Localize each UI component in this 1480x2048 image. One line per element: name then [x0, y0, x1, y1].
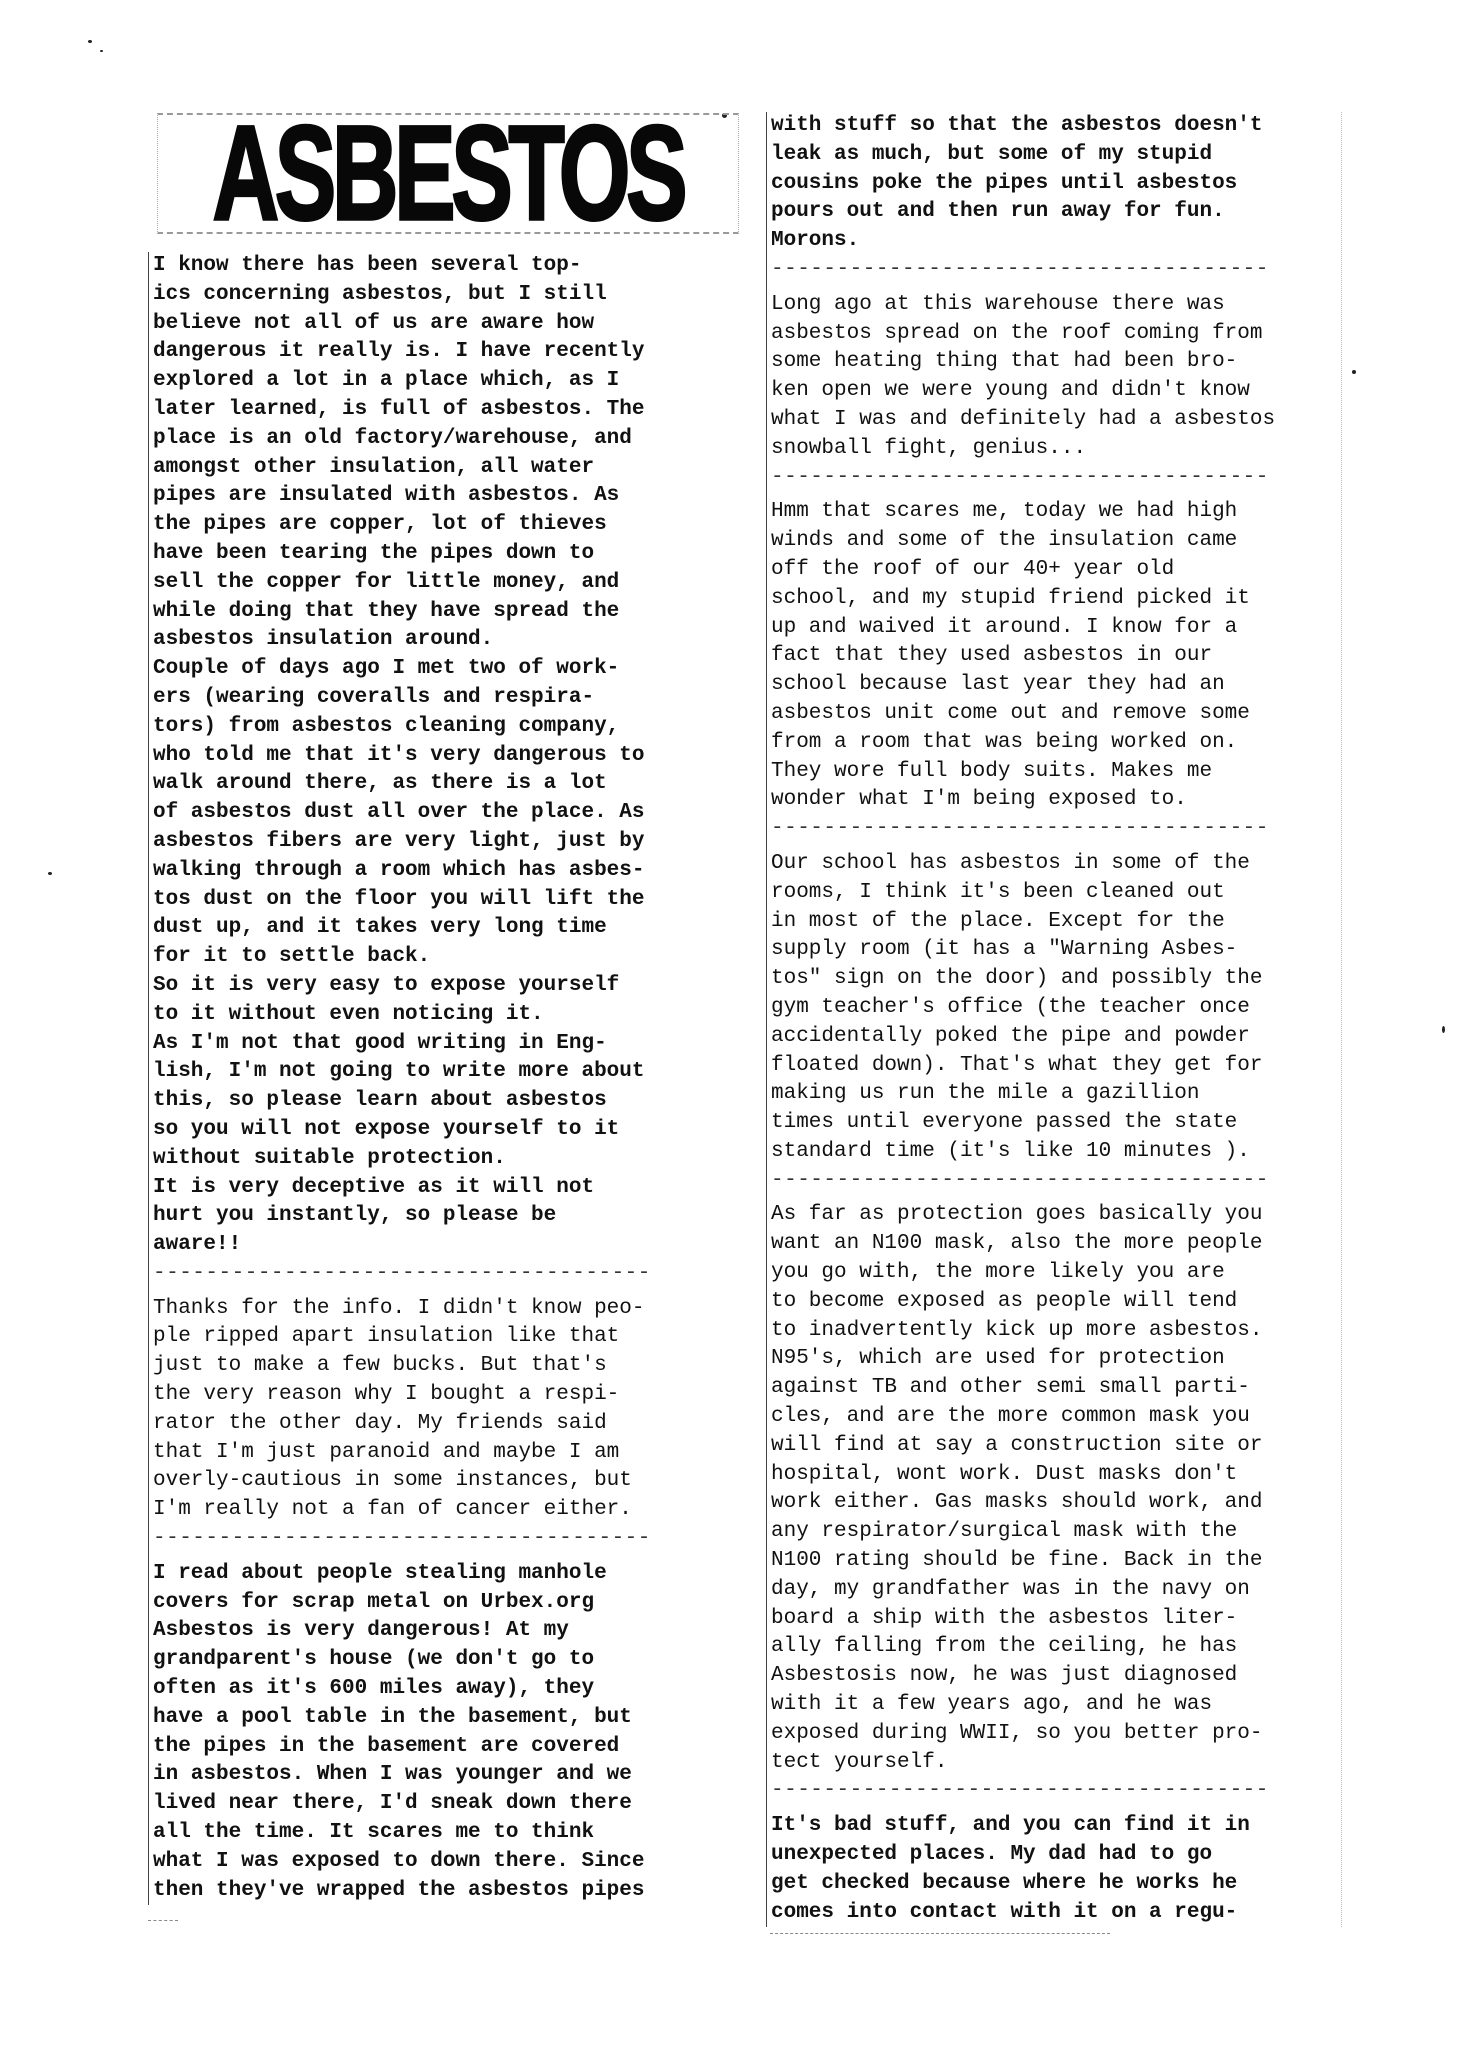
right-column: with stuff so that the asbestos doesn'tl…: [766, 112, 1342, 1927]
post-line: with it a few years ago, and he was: [771, 1691, 1341, 1720]
post-separator: --------------------------------------: [771, 1167, 1341, 1196]
post-line: from a room that was being worked on.: [771, 729, 1341, 758]
post-line: sell the copper for little money, and: [153, 569, 738, 598]
post-line: tors) from asbestos cleaning company,: [153, 713, 738, 742]
post-line: So it is very easy to expose yourself: [153, 972, 738, 1001]
post-line: the very reason why I bought a respi-: [153, 1381, 738, 1410]
post-line: They wore full body suits. Makes me: [771, 758, 1341, 787]
post-line: in most of the place. Except for the: [771, 908, 1341, 937]
post-line: Thanks for the info. I didn't know peo-: [153, 1295, 738, 1324]
post-line: N100 rating should be fine. Back in the: [771, 1547, 1341, 1576]
post-line: ple ripped apart insulation like that: [153, 1323, 738, 1352]
post-line: standard time (it's like 10 minutes ).: [771, 1138, 1341, 1167]
post-line: asbestos insulation around.: [153, 626, 738, 655]
post-line: supply room (it has a "Warning Asbes-: [771, 936, 1341, 965]
post-line: often as it's 600 miles away), they: [153, 1675, 738, 1704]
post-line: get checked because where he works he: [771, 1870, 1341, 1899]
post-line: without suitable protection.: [153, 1145, 738, 1174]
footer-rule-left: [148, 1920, 178, 1921]
post-line: I'm really not a fan of cancer either.: [153, 1496, 738, 1525]
post-line: floated down). That's what they get for: [771, 1052, 1341, 1081]
post-line: board a ship with the asbestos liter-: [771, 1605, 1341, 1634]
post-line: Long ago at this warehouse there was: [771, 291, 1341, 320]
title-box: ASBESTOS: [157, 113, 739, 234]
post-line: cles, and are the more common mask you: [771, 1403, 1341, 1432]
footer-rule-right: [770, 1933, 1110, 1934]
post-line: covers for scrap metal on Urbex.org: [153, 1589, 738, 1618]
post-line: comes into contact with it on a regu-: [771, 1899, 1341, 1928]
scan-speck: [48, 872, 52, 875]
post-line: to inadvertently kick up more asbestos.: [771, 1317, 1341, 1346]
post-line: tect yourself.: [771, 1749, 1341, 1778]
post-separator: --------------------------------------: [771, 815, 1341, 844]
post-line: accidentally poked the pipe and powder: [771, 1023, 1341, 1052]
forum-post: It's bad stuff, and you can find it inun…: [771, 1812, 1341, 1927]
post-line: up and waived it around. I know for a: [771, 614, 1341, 643]
post-line: ics concerning asbestos, but I still: [153, 281, 738, 310]
post-line: pours out and then run away for fun.: [771, 198, 1341, 227]
post-line: rator the other day. My friends said: [153, 1410, 738, 1439]
post-line: wonder what I'm being exposed to.: [771, 786, 1341, 815]
post-line: then they've wrapped the asbestos pipes: [153, 1877, 738, 1906]
post-line: ken open we were young and didn't know: [771, 377, 1341, 406]
post-line: pipes are insulated with asbestos. As: [153, 482, 738, 511]
post-line: rooms, I think it's been cleaned out: [771, 879, 1341, 908]
post-line: Asbestos is very dangerous! At my: [153, 1617, 738, 1646]
post-line: asbestos fibers are very light, just by: [153, 828, 738, 857]
post-line: tos" sign on the door) and possibly the: [771, 965, 1341, 994]
post-line: with stuff so that the asbestos doesn't: [771, 112, 1341, 141]
post-line: hurt you instantly, so please be: [153, 1202, 738, 1231]
post-line: day, my grandfather was in the navy on: [771, 1576, 1341, 1605]
post-line: walk around there, as there is a lot: [153, 770, 738, 799]
post-line: for it to settle back.: [153, 943, 738, 972]
post-line: dangerous it really is. I have recently: [153, 338, 738, 367]
post-line: cousins poke the pipes until asbestos: [771, 170, 1341, 199]
scan-speck: [88, 40, 92, 43]
left-column: I know there has been several top-ics co…: [148, 252, 738, 1905]
post-line: ally falling from the ceiling, he has: [771, 1633, 1341, 1662]
post-line: any respirator/surgical mask with the: [771, 1518, 1341, 1547]
post-line: of asbestos dust all over the place. As: [153, 799, 738, 828]
post-line: asbestos spread on the roof coming from: [771, 320, 1341, 349]
post-line: all the time. It scares me to think: [153, 1819, 738, 1848]
post-line: will find at say a construction site or: [771, 1432, 1341, 1461]
post-line: some heating thing that had been bro-: [771, 348, 1341, 377]
post-line: fact that they used asbestos in our: [771, 642, 1341, 671]
post-line: to become exposed as people will tend: [771, 1288, 1341, 1317]
forum-post: Long ago at this warehouse there wasasbe…: [771, 291, 1341, 464]
post-separator: --------------------------------------: [771, 1777, 1341, 1806]
post-line: aware!!: [153, 1231, 738, 1260]
post-line: in asbestos. When I was younger and we: [153, 1761, 738, 1790]
forum-post: with stuff so that the asbestos doesn'tl…: [771, 112, 1341, 256]
post-line: dust up, and it takes very long time: [153, 914, 738, 943]
post-line: the pipes are copper, lot of thieves: [153, 511, 738, 540]
post-separator: --------------------------------------: [771, 256, 1341, 285]
post-line: school because last year they had an: [771, 671, 1341, 700]
post-line: school, and my stupid friend picked it: [771, 585, 1341, 614]
post-line: that I'm just paranoid and maybe I am: [153, 1439, 738, 1468]
post-line: It is very deceptive as it will not: [153, 1174, 738, 1203]
post-line: what I was exposed to down there. Since: [153, 1848, 738, 1877]
forum-post: Thanks for the info. I didn't know peo-p…: [153, 1295, 738, 1525]
post-line: have a pool table in the basement, but: [153, 1704, 738, 1733]
post-line: making us run the mile a gazillion: [771, 1080, 1341, 1109]
post-line: Hmm that scares me, today we had high: [771, 498, 1341, 527]
post-line: winds and some of the insulation came: [771, 527, 1341, 556]
post-line: later learned, is full of asbestos. The: [153, 396, 738, 425]
post-line: just to make a few bucks. But that's: [153, 1352, 738, 1381]
forum-post: As far as protection goes basically youw…: [771, 1201, 1341, 1777]
post-line: grandparent's house (we don't go to: [153, 1646, 738, 1675]
post-line: to it without even noticing it.: [153, 1001, 738, 1030]
forum-post: Our school has asbestos in some of thero…: [771, 850, 1341, 1167]
post-separator: --------------------------------------: [153, 1260, 738, 1289]
post-line: want an N100 mask, also the more people: [771, 1230, 1341, 1259]
post-line: unexpected places. My dad had to go: [771, 1841, 1341, 1870]
post-line: you go with, the more likely you are: [771, 1259, 1341, 1288]
post-line: lish, I'm not going to write more about: [153, 1058, 738, 1087]
post-line: explored a lot in a place which, as I: [153, 367, 738, 396]
post-line: what I was and definitely had a asbestos: [771, 406, 1341, 435]
post-line: walking through a room which has asbes-: [153, 857, 738, 886]
post-line: leak as much, but some of my stupid: [771, 141, 1341, 170]
post-line: against TB and other semi small parti-: [771, 1374, 1341, 1403]
post-line: off the roof of our 40+ year old: [771, 556, 1341, 585]
post-line: Our school has asbestos in some of the: [771, 850, 1341, 879]
forum-post: Hmm that scares me, today we had highwin…: [771, 498, 1341, 815]
post-line: so you will not expose yourself to it: [153, 1116, 738, 1145]
post-line: lived near there, I'd sneak down there: [153, 1790, 738, 1819]
post-line: I know there has been several top-: [153, 252, 738, 281]
post-line: believe not all of us are aware how: [153, 310, 738, 339]
post-line: Couple of days ago I met two of work-: [153, 655, 738, 684]
post-line: tos dust on the floor you will lift the: [153, 886, 738, 915]
post-line: times until everyone passed the state: [771, 1109, 1341, 1138]
post-line: amongst other insulation, all water: [153, 454, 738, 483]
post-line: As I'm not that good writing in Eng-: [153, 1030, 738, 1059]
post-line: Asbestosis now, he was just diagnosed: [771, 1662, 1341, 1691]
post-line: asbestos unit come out and remove some: [771, 700, 1341, 729]
post-line: As far as protection goes basically you: [771, 1201, 1341, 1230]
post-line: N95's, which are used for protection: [771, 1345, 1341, 1374]
post-separator: --------------------------------------: [153, 1525, 738, 1554]
post-separator: --------------------------------------: [771, 464, 1341, 493]
forum-post: I read about people stealing manholecove…: [153, 1560, 738, 1906]
post-line: while doing that they have spread the: [153, 598, 738, 627]
post-line: Morons.: [771, 227, 1341, 256]
post-line: I read about people stealing manhole: [153, 1560, 738, 1589]
scan-speck: [100, 50, 103, 52]
page-title: ASBESTOS: [213, 113, 684, 234]
post-line: this, so please learn about asbestos: [153, 1087, 738, 1116]
post-line: hospital, wont work. Dust masks don't: [771, 1461, 1341, 1490]
post-line: overly-cautious in some instances, but: [153, 1467, 738, 1496]
post-line: gym teacher's office (the teacher once: [771, 994, 1341, 1023]
post-line: have been tearing the pipes down to: [153, 540, 738, 569]
post-line: the pipes in the basement are covered: [153, 1733, 738, 1762]
forum-post: I know there has been several top-ics co…: [153, 252, 738, 1260]
post-line: work either. Gas masks should work, and: [771, 1489, 1341, 1518]
post-line: place is an old factory/warehouse, and: [153, 425, 738, 454]
post-line: who told me that it's very dangerous to: [153, 742, 738, 771]
post-line: ers (wearing coveralls and respira-: [153, 684, 738, 713]
post-line: exposed during WWII, so you better pro-: [771, 1720, 1341, 1749]
post-line: snowball fight, genius...: [771, 435, 1341, 464]
scan-speck: [1352, 370, 1356, 374]
scan-speck: [1442, 1026, 1445, 1033]
post-line: It's bad stuff, and you can find it in: [771, 1812, 1341, 1841]
